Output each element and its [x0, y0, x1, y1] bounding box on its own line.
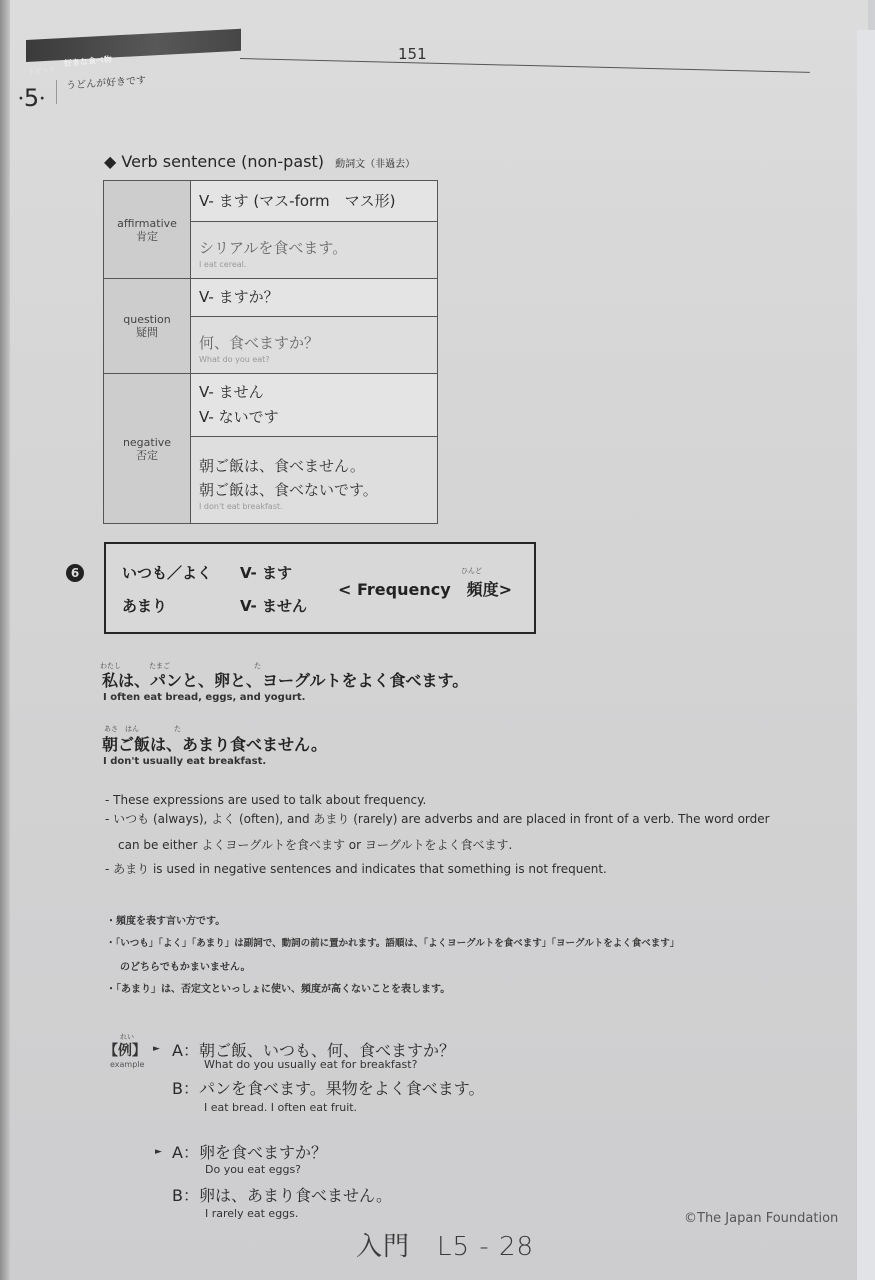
- example-sentence-jp: 朝ご飯は、あまり食べません。: [102, 732, 327, 755]
- example-jp: 何、食べますか？: [199, 334, 319, 352]
- dialog-line: A：卵を食べますか？: [172, 1140, 327, 1163]
- dialog-line: B：パンを食べます。果物をよく食べます。: [172, 1076, 484, 1099]
- dialog-en: What do you usually eat for breakfast?: [204, 1058, 417, 1071]
- category-cell: affirmative 肯定: [104, 181, 191, 279]
- example-cell: 朝ご飯は、食べません。 朝ご飯は、食べないです。 I don't eat bre…: [191, 437, 438, 524]
- note-jp-text: 「あまり」は、否定文といっしょに使い、頻度が高くないことを表します。: [116, 984, 450, 995]
- category-cell: question 疑問: [104, 279, 191, 374]
- speaker: B: [172, 1186, 183, 1205]
- example-cell: 何、食べますか？ What do you eat?: [191, 317, 438, 374]
- dialog-line: B：卵は、あまり食べません。: [172, 1183, 392, 1206]
- table-row-negative: negative 否定 V- ません V- ないです: [104, 374, 438, 437]
- category-jp: 否定: [104, 449, 190, 462]
- category-jp: 肯定: [104, 230, 190, 243]
- table-row-affirmative: affirmative 肯定 V- ます (マス-form マス形): [104, 181, 438, 222]
- pattern-cell: V- ません V- ないです: [191, 374, 438, 437]
- example-jp: シリアルを食べます。: [199, 239, 347, 257]
- example-en: What do you eat?: [199, 355, 429, 365]
- pattern-text: V- ます (マス-form マス形): [199, 192, 395, 210]
- dialog-jp: 卵を食べますか？: [199, 1143, 327, 1162]
- grammar-label-ruby: ひんど: [461, 566, 482, 576]
- example-cell: シリアルを食べます。 I eat cereal.: [191, 222, 438, 279]
- note-jp-text: 「いつも」「よく」「あまり」は副詞で、動詞の前に置かれます。語順は、「よくヨーグ…: [116, 938, 680, 949]
- note-en-text: These expressions are used to talk about…: [113, 793, 426, 807]
- dialog-en: Do you eat eggs?: [205, 1163, 301, 1176]
- arrow-icon: ►: [153, 1044, 160, 1054]
- note-jp: ・「いつも」「よく」「あまり」は副詞で、動詞の前に置かれます。語順は、「よくヨー…: [106, 935, 679, 949]
- speaker: A: [172, 1041, 183, 1060]
- note-en: - あまり is used in negative sentences and …: [105, 860, 607, 877]
- page-binding-shadow: [0, 0, 10, 1280]
- example-sentence-jp: 私は、パンと、卵と、ヨーグルトをよく食べます。: [102, 668, 468, 691]
- example-label-sub: example: [110, 1060, 144, 1069]
- grammar-number-badge: 6: [66, 564, 84, 582]
- grammar-line-1-verb: V- ます: [240, 562, 292, 583]
- category-en: question: [104, 313, 190, 326]
- example-en: I eat cereal.: [199, 260, 429, 270]
- grammar-label: < Frequency 頻度>: [338, 577, 512, 600]
- dialog-en: I rarely eat eggs.: [205, 1207, 298, 1220]
- note-en-text: あまり is used in negative sentences and in…: [113, 862, 607, 876]
- dialog-jp: パンを食べます。果物をよく食べます。: [199, 1079, 484, 1098]
- pattern-text: V- ません: [199, 380, 429, 405]
- note-jp-text: 頻度を表す言い方です。: [116, 916, 225, 927]
- speaker: A: [172, 1143, 183, 1162]
- note-en: - いつも (always), よく (often), and あまり (rar…: [105, 810, 770, 827]
- example-sentence-en: I often eat bread, eggs, and yogurt.: [103, 692, 305, 703]
- lesson-divider: [56, 80, 57, 104]
- note-en: - These expressions are used to talk abo…: [105, 793, 426, 807]
- speaker: B: [172, 1079, 183, 1098]
- pattern-text: V- ないです: [199, 405, 429, 430]
- section-heading-en: Verb sentence (non-past): [121, 152, 324, 171]
- pattern-cell: V- ますか？: [191, 279, 438, 317]
- example-en: I don't eat breakfast.: [199, 502, 429, 512]
- footer-copyright: ©The Japan Foundation: [684, 1211, 838, 1226]
- arrow-icon: ►: [155, 1147, 162, 1157]
- verb-conjugation-table: affirmative 肯定 V- ます (マス-form マス形) シリアルを…: [103, 180, 438, 524]
- lesson-number-value: 5: [24, 84, 39, 112]
- grammar-line-2-adverbs: あまり: [122, 595, 167, 616]
- diamond-icon: ◆: [104, 152, 116, 171]
- page-edge: [857, 30, 875, 1280]
- page-number: 151: [398, 45, 427, 63]
- note-jp: ・「あまり」は、否定文といっしょに使い、頻度が高くないことを表します。: [106, 980, 450, 995]
- pattern-text: V- ますか？: [199, 288, 279, 306]
- note-jp: のどちらでもかまいません。: [120, 958, 251, 973]
- section-heading-jp: 動詞文（非過去）: [335, 159, 415, 170]
- example-jp: 朝ご飯は、食べないです。: [199, 478, 429, 502]
- note-en: can be either よくヨーグルトを食べます or ヨーグルトをよく食べ…: [118, 836, 512, 853]
- category-en: affirmative: [104, 217, 190, 230]
- dialog-en: I eat bread. I often eat fruit.: [204, 1101, 357, 1114]
- example-label: 【例】: [104, 1040, 146, 1060]
- note-jp: ・頻度を表す言い方です。: [106, 912, 225, 927]
- category-cell: negative 否定: [104, 374, 191, 524]
- grammar-line-1-adverbs: いつも／よく: [122, 562, 212, 583]
- note-en-text: いつも (always), よく (often), and あまり (rarel…: [113, 812, 769, 826]
- pattern-cell: V- ます (マス-form マス形): [191, 181, 438, 222]
- lesson-number: •5•: [18, 84, 45, 112]
- grammar-box: いつも／よく V- ます あまり V- ません ひんど < Frequency …: [104, 542, 536, 634]
- category-jp: 疑問: [104, 326, 190, 339]
- table-row-question: question 疑問 V- ますか？: [104, 279, 438, 317]
- category-en: negative: [104, 436, 190, 449]
- example-jp: 朝ご飯は、食べません。: [199, 454, 429, 478]
- footer-code: 入門 L5 - 28: [356, 1226, 534, 1263]
- section-heading: ◆ Verb sentence (non-past) 動詞文（非過去）: [104, 152, 415, 171]
- dialog-jp: 卵は、あまり食べません。: [199, 1186, 392, 1205]
- grammar-line-2-verb: V- ません: [240, 595, 307, 616]
- example-sentence-en: I don't usually eat breakfast.: [103, 756, 266, 767]
